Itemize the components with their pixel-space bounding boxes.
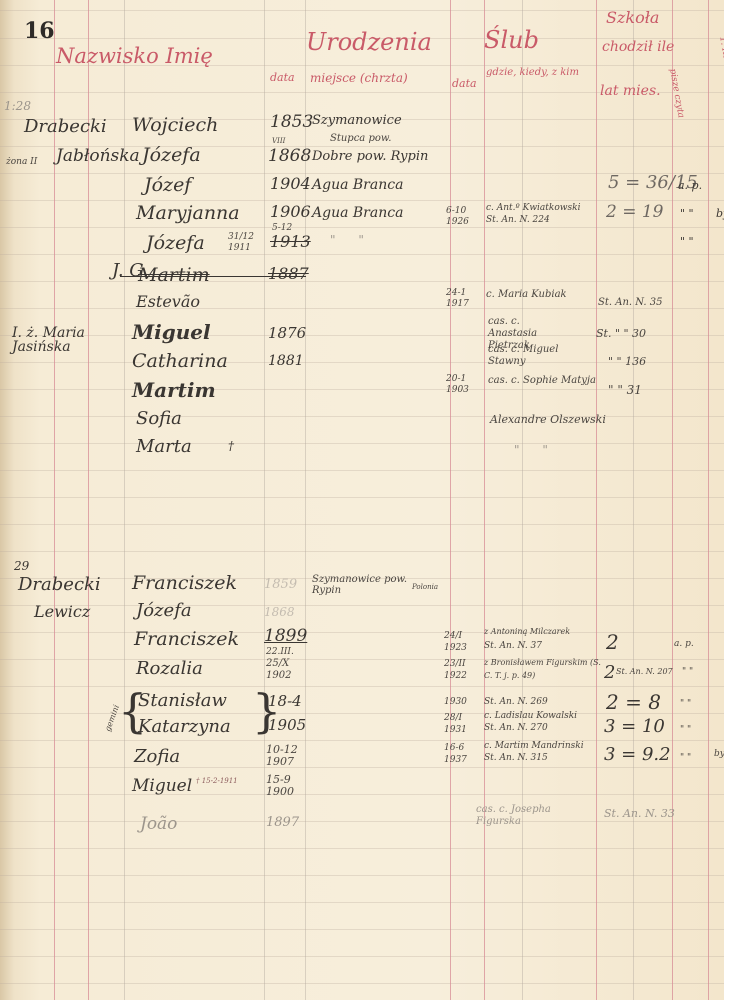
school-extra: " " — [680, 236, 694, 247]
member-name: Miguel — [132, 778, 192, 795]
ledger-page: 16 Nazwisko Imię Urodzenia data miejsce … — [0, 0, 724, 1000]
marriage-ref: St. An. N. 37 — [484, 642, 542, 651]
marriage-date: 6-10 1926 — [446, 206, 482, 228]
birth-date: 1868 — [264, 606, 295, 618]
school-years: 2 = 8 — [606, 692, 661, 712]
birth-date: 1868 — [268, 148, 311, 165]
marriage-with: cas. c. Miguel Stawny — [488, 344, 568, 368]
member-name: Sofia — [136, 410, 182, 428]
death-note: † 15-2-1911 — [196, 778, 238, 785]
member-name: Franciszek — [134, 630, 239, 649]
school-years: 2 — [604, 664, 615, 682]
birth-place-extra: Polonia — [412, 584, 438, 591]
header-school-1: Szkoła — [606, 10, 659, 26]
birth-place: Szymanowice — [312, 114, 402, 127]
column-rule — [708, 0, 709, 1000]
birth-date: 1906 — [270, 204, 311, 220]
wife-note: żona II — [6, 158, 37, 167]
birth-date: 1881 — [268, 354, 304, 368]
school-ref: St. " " 30 — [596, 328, 646, 339]
marriage-date: 16-6 1937 — [444, 742, 480, 766]
member-name: Maryjanna — [136, 204, 240, 223]
birth-place-above: Stupca pow. — [330, 134, 391, 144]
marriage-with: c. Martim Mandrinski — [484, 742, 584, 751]
member-name: Rozalia — [136, 660, 203, 678]
header-marriage-date: data — [452, 78, 477, 89]
member-name: Katarzyna — [138, 718, 231, 736]
column-rule — [450, 0, 451, 1000]
member-name: João — [140, 816, 177, 833]
birth-place: " " — [330, 234, 364, 246]
birth-date: 1876 — [268, 326, 306, 341]
marriage-ref: St. An. N. 269 — [484, 698, 548, 707]
school-extra: " " — [680, 208, 694, 219]
school-years: 2 = 19 — [606, 204, 664, 221]
marriage-date: 28/I 1931 — [444, 712, 480, 736]
strike-line — [120, 276, 306, 277]
marriage-date: 24-1 1917 — [446, 288, 482, 310]
member-name: Estevão — [136, 294, 200, 310]
birth-place: Dobre pow. Rypin — [312, 150, 428, 163]
birth-date: 15-9 1900 — [266, 774, 300, 798]
marriage-with: z Antoniną Milczarek — [484, 628, 570, 636]
school-extra: a. p. — [674, 640, 694, 649]
marriage-ref: St. An. N. 315 — [484, 754, 548, 763]
family-number: 1:28 — [4, 100, 31, 112]
header-marriage-where: gdzie, kiedy, z kim — [486, 68, 579, 78]
marriage-with: cas. c. Sophie Matyja — [488, 376, 596, 386]
header-marriage: Ślub — [484, 28, 539, 52]
member-name: Franciszek — [132, 574, 237, 593]
column-rule — [484, 0, 485, 1000]
marriage-date: 24/I 1923 — [444, 630, 480, 654]
school-ref: St. An. N. 35 — [598, 298, 662, 308]
family-surname: Drabecki — [18, 576, 101, 594]
birth-date: 18-4 — [268, 694, 302, 709]
marriage-with: z Bronisławem Figurskim (S. C. T. j. p. … — [484, 656, 604, 682]
header-school-2: chodził ile — [602, 40, 674, 54]
column-rule — [596, 0, 597, 1000]
header-birth: Urodzenia — [306, 30, 432, 54]
birth-date: 1859 — [264, 578, 297, 591]
member-name: Marta — [136, 438, 192, 456]
member-name: Józefa — [142, 146, 201, 165]
school-years: 3 = 9.2 — [604, 746, 671, 764]
birth-date: 1853 — [270, 114, 313, 131]
school-extra: a. p. — [678, 180, 702, 191]
marriage-date: 20-1 1903 — [446, 374, 482, 396]
family-number: 29 — [14, 560, 29, 572]
school-ref: " " 31 — [608, 384, 642, 396]
birth-date: 1897 — [266, 816, 299, 829]
school-years: 3 = 10 — [604, 718, 665, 736]
school-extra: " " — [680, 700, 691, 709]
member-name: Wojciech — [132, 116, 218, 135]
birth-date: 1899 — [264, 628, 307, 645]
birth-date: 10-12 1907 — [266, 744, 300, 768]
birth-date: 1904 — [270, 176, 311, 192]
wife-surname: Lewicz — [34, 604, 90, 620]
marriage-with: cas. c. Josepha Figurska — [476, 804, 556, 828]
birth-place: Szymanowice pow. Rypin — [312, 574, 412, 596]
family-surname: Drabecki — [24, 118, 107, 136]
member-name: Stanisław — [138, 692, 227, 710]
member-name: Józefa — [136, 602, 192, 620]
school-ref: St. An. N. 33 — [604, 808, 675, 819]
wife-surname: Jabłońska — [56, 148, 140, 165]
header-birth-place: miejsce (chrzta) — [310, 72, 408, 84]
school-extra: " " — [680, 754, 691, 763]
side-note: I. ż. Maria Jasińska — [12, 326, 92, 354]
school-extra: " " — [680, 726, 691, 735]
birth-date-above: VIII — [272, 138, 285, 145]
member-name: Józef — [144, 176, 191, 195]
birth-date: 1913 — [270, 234, 311, 250]
margin-note: by — [716, 208, 724, 219]
marriage-with: " " — [514, 444, 548, 456]
school-years: 2 — [606, 632, 619, 652]
column-rule — [672, 0, 673, 1000]
birth-date: 25/X 1902 — [266, 658, 302, 682]
member-name: Catharina — [132, 352, 228, 371]
marriage-with: c. Ladislau Kowalski — [484, 712, 577, 721]
column-rule — [264, 0, 265, 1000]
header-birth-date: data — [270, 72, 295, 83]
header-school-3: lat mies. — [600, 84, 661, 98]
member-name: Zofia — [134, 748, 180, 766]
member-name: Martim — [132, 380, 216, 400]
birth-date: 1905 — [268, 718, 306, 733]
school-extra: " " — [682, 668, 693, 677]
birth-note: 31/12 1911 — [228, 232, 262, 254]
page-number: 16 — [24, 20, 55, 42]
header-surname-name: Nazwisko Imię — [56, 46, 213, 67]
marriage-ref: St. An. N. 270 — [484, 724, 548, 733]
marriage-with: c. Ant.º Kwiatkowski — [486, 204, 580, 213]
death-mark: † — [228, 440, 234, 452]
birth-date: 1887 — [268, 266, 309, 282]
marriage-with: Alexandre Olszewski — [490, 414, 606, 425]
margin-note: by — [714, 750, 724, 759]
marriage-date: 23/II 1922 — [444, 658, 480, 682]
member-name: Józefa — [146, 234, 205, 253]
column-rule — [54, 0, 55, 1000]
school-ref: " " 136 — [608, 356, 646, 367]
marriage-ref: St. An. N. 224 — [486, 216, 550, 225]
birth-place: Agua Branca — [312, 178, 403, 192]
column-rule — [633, 0, 634, 1000]
marriage-date: 1930 — [444, 698, 467, 707]
member-name: Miguel — [132, 322, 211, 342]
birth-date-above: 22.III. — [266, 648, 294, 657]
birth-place: Agua Branca — [312, 206, 403, 220]
marriage-with: c. Maria Kubiak — [486, 290, 567, 300]
column-rule — [522, 0, 523, 1000]
school-ref: St. An. N. 207 — [616, 668, 673, 676]
